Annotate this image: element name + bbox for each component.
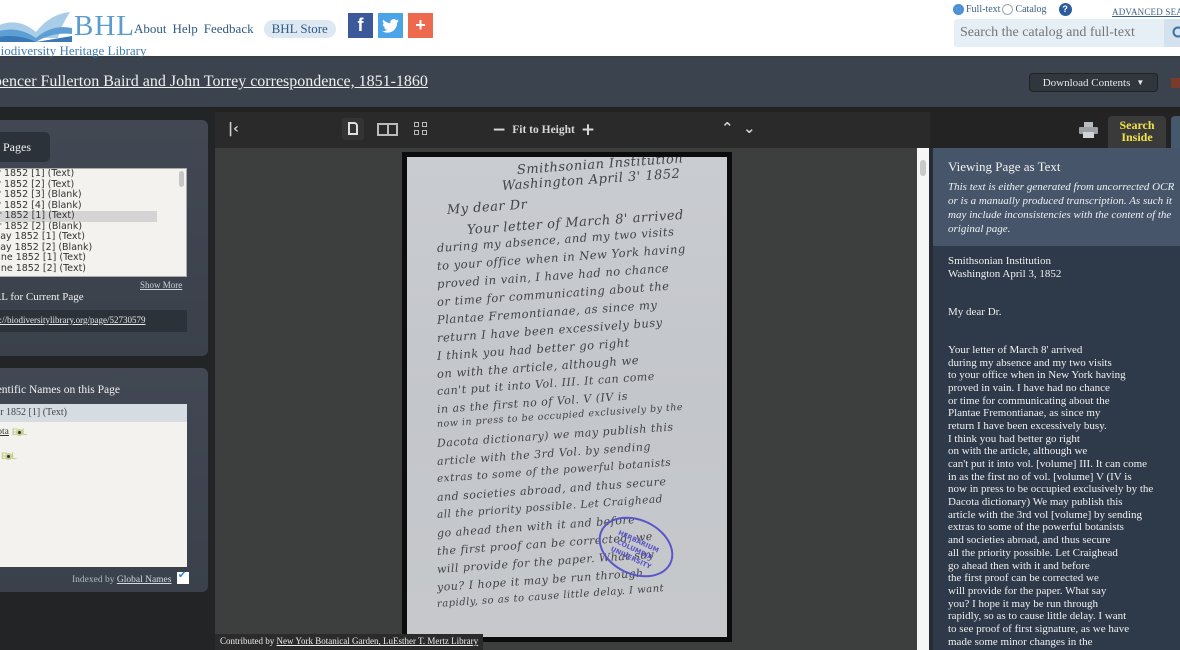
facebook-icon[interactable]: f bbox=[348, 13, 373, 38]
pages-scrollbar[interactable] bbox=[179, 171, 184, 187]
share-plus-icon[interactable]: + bbox=[408, 13, 433, 38]
text-line: will provide for the paper. What say bbox=[948, 585, 1153, 598]
text-line bbox=[948, 293, 1153, 306]
text-panel-header: Viewing Page as Text This text is either… bbox=[933, 148, 1180, 246]
text-line: in as the first no of vol. [volume] V (I… bbox=[948, 471, 1153, 484]
disclaimer-line: This text is either generated from uncor… bbox=[948, 180, 1180, 194]
nav-about[interactable]: About bbox=[134, 21, 167, 37]
thumbnail-grid-icon[interactable] bbox=[414, 122, 428, 136]
pages-list[interactable]: Mar 1852 [1] (Text) Mar 1852 [2] (Text) … bbox=[0, 168, 187, 277]
eol-icon[interactable]: EL bbox=[12, 426, 27, 438]
download-label: Download Contents bbox=[1043, 77, 1131, 89]
ocr-disclaimer: This text is either generated from uncor… bbox=[948, 180, 1180, 236]
nav-help[interactable]: Help bbox=[173, 21, 198, 37]
show-more-link[interactable]: Show More bbox=[140, 280, 182, 290]
text-line: article with the 3rd vol [volume] by sen… bbox=[948, 509, 1153, 522]
name-row: Plantae bbox=[0, 438, 187, 450]
text-line: go ahead then with it and before bbox=[948, 560, 1153, 573]
page-list-item[interactable]: June 1852 [1] (Text) bbox=[0, 253, 186, 264]
tab-search-inside[interactable]: Search Inside bbox=[1108, 116, 1166, 148]
previous-page-icon[interactable]: ⌃ bbox=[721, 119, 734, 137]
tab-edge[interactable] bbox=[1171, 116, 1180, 148]
names-list: Apr 1852 [1] (Text) Dacota EL Plantae Fr… bbox=[0, 404, 187, 567]
zoom-level: Fit to Height bbox=[512, 124, 575, 136]
logo-text: BHL bbox=[74, 10, 135, 43]
text-line: the first proof can be corrected we bbox=[948, 572, 1153, 585]
text-line: Washington April 3, 1852 bbox=[948, 268, 1153, 281]
logo-subtitle: Biodiversity Heritage Library bbox=[0, 43, 147, 59]
search-button[interactable] bbox=[1164, 19, 1180, 47]
names-page-header: Apr 1852 [1] (Text) bbox=[0, 404, 187, 422]
twitter-icon[interactable] bbox=[378, 13, 403, 38]
text-line: Plantae Fremontianae, as since my bbox=[948, 407, 1153, 420]
download-contents-button[interactable]: Download Contents ▼ bbox=[1029, 73, 1158, 92]
page-list-item[interactable]: May 1852 [1] (Text) bbox=[0, 232, 186, 243]
zoom-controls: − Fit to Height + bbox=[492, 120, 595, 140]
indexed-by-label: Indexed by bbox=[72, 575, 114, 585]
page-list-item[interactable]: Mar 1852 [3] (Blank) bbox=[0, 190, 186, 201]
text-line bbox=[948, 331, 1153, 344]
title-bar: Spencer Fullerton Baird and John Torrey … bbox=[0, 58, 1180, 108]
indexed-by: Indexed by Global Names bbox=[72, 572, 189, 585]
text-panel-title: Viewing Page as Text bbox=[948, 159, 1180, 175]
name-link[interactable]: Dacota bbox=[0, 426, 9, 438]
viewer-scrollbar[interactable] bbox=[917, 148, 929, 650]
text-line: on with the article, although we bbox=[948, 445, 1153, 458]
page-list-item[interactable]: Mar 1852 [1] (Text) bbox=[0, 169, 186, 180]
radio-fulltext[interactable] bbox=[953, 4, 964, 15]
url-label: URL for Current Page bbox=[0, 291, 84, 303]
text-line: Dacota dictionary) We may publish this bbox=[948, 496, 1153, 509]
page-list-item-selected[interactable]: Apr 1852 [1] (Text) bbox=[0, 211, 157, 222]
text-line: Smithsonian Institution bbox=[948, 255, 1153, 268]
book-logo-icon bbox=[0, 8, 72, 42]
names-title: Scientific Names on this Page bbox=[0, 384, 120, 396]
text-line: My dear Dr. bbox=[948, 306, 1153, 319]
text-line: now in press to be occupied exclusively … bbox=[948, 483, 1153, 496]
contributed-by-label: Contributed by bbox=[220, 636, 274, 646]
names-page-label: Apr 1852 [1] (Text) bbox=[0, 407, 67, 418]
left-sidebar: Pages Mar 1852 [1] (Text) Mar 1852 [2] (… bbox=[0, 108, 215, 650]
radio-catalog[interactable] bbox=[1002, 4, 1013, 15]
text-line: or time for communicating about the bbox=[948, 395, 1153, 408]
radio-fulltext-label: Full-text bbox=[966, 4, 1000, 15]
viewer-scroll-thumb[interactable] bbox=[920, 160, 926, 176]
two-page-view-icon[interactable] bbox=[377, 123, 398, 136]
site-header: BHL Biodiversity Heritage Library About … bbox=[0, 0, 1180, 58]
transcription-text: Smithsonian Institution Washington April… bbox=[948, 255, 1153, 648]
current-page-url[interactable]: https://biodiversitylibrary.org/page/527… bbox=[0, 310, 187, 332]
search-inside-label: Search Inside bbox=[1117, 119, 1157, 143]
search-icon bbox=[1172, 26, 1180, 40]
eol-icon[interactable]: EL bbox=[1, 450, 16, 462]
zoom-in-icon[interactable]: + bbox=[581, 120, 595, 140]
text-line: return I have been excessively busy. bbox=[948, 420, 1153, 433]
first-page-icon[interactable]: |‹ bbox=[228, 121, 239, 137]
advanced-search-link[interactable]: ADVANCED SEARCH bbox=[1112, 7, 1180, 17]
text-line: Your letter of March 8' arrived bbox=[948, 344, 1153, 357]
bhl-logo[interactable]: BHL Biodiversity Heritage Library bbox=[0, 4, 130, 56]
page-list-item[interactable]: June 1852 [2] (Text) bbox=[0, 264, 186, 275]
text-line: during my absence and my two visits bbox=[948, 357, 1153, 370]
tab-pages-label: Pages bbox=[3, 140, 31, 154]
text-line: to see proof of first signature, as we h… bbox=[948, 623, 1153, 636]
tab-pages[interactable]: Pages bbox=[0, 132, 50, 162]
nav-feedback[interactable]: Feedback bbox=[204, 21, 254, 37]
viewer-toolbar: |‹ − Fit to Height + ⌃ ⌄ bbox=[215, 112, 930, 148]
ocr-text-panel: Viewing Page as Text This text is either… bbox=[929, 148, 1180, 650]
text-line bbox=[948, 318, 1153, 331]
handwritten-line: My dear Dr bbox=[446, 197, 527, 218]
scientific-names-panel: Scientific Names on this Page Apr 1852 [… bbox=[0, 368, 208, 592]
letter-scan: Smithsonian Institution Washington April… bbox=[407, 157, 727, 637]
zoom-out-icon[interactable]: − bbox=[492, 120, 506, 140]
toolbar-extra-icon[interactable] bbox=[1171, 78, 1180, 88]
single-page-view-icon[interactable] bbox=[342, 118, 364, 140]
search-input[interactable] bbox=[954, 19, 1164, 47]
text-line: proved in vain. I have had no chance bbox=[948, 382, 1153, 395]
text-line: made some minor changes in the bbox=[948, 636, 1153, 649]
disclaimer-line: may include inconsistencies with the con… bbox=[948, 208, 1180, 222]
text-line bbox=[948, 280, 1153, 293]
pages-panel: Pages Mar 1852 [1] (Text) Mar 1852 [2] (… bbox=[0, 120, 208, 356]
social-links: f + bbox=[348, 13, 433, 38]
text-line: can't put it into vol. [volume] III. It … bbox=[948, 458, 1153, 471]
text-line: I think you had better go right bbox=[948, 433, 1153, 446]
nav-bhl-store[interactable]: BHL Store bbox=[264, 20, 336, 38]
next-page-icon[interactable]: ⌄ bbox=[743, 119, 756, 137]
page-viewer[interactable]: Smithsonian Institution Washington April… bbox=[215, 148, 917, 650]
contributed-by: Contributed by New York Botanical Garden… bbox=[215, 634, 483, 650]
search-area: Full-text Catalog ? ADVANCED SEARCH bbox=[953, 2, 1180, 16]
global-names-icon bbox=[177, 572, 189, 584]
text-line: you? I hope it may be run through bbox=[948, 598, 1153, 611]
print-icon[interactable] bbox=[1079, 122, 1098, 138]
global-names-link[interactable]: Global Names bbox=[117, 575, 172, 585]
text-line: extras to some of the powerful botanists bbox=[948, 521, 1153, 534]
chevron-down-icon: ▼ bbox=[1136, 78, 1144, 87]
book-title-link[interactable]: Spencer Fullerton Baird and John Torrey … bbox=[0, 73, 428, 91]
disclaimer-line: original page. bbox=[948, 222, 1180, 236]
text-line: to your office when in New York having bbox=[948, 369, 1153, 382]
text-line: rapidly, so as to cause little delay. I … bbox=[948, 610, 1153, 623]
radio-catalog-label: Catalog bbox=[1015, 4, 1046, 15]
text-line: all the priority possible. Let Craighead bbox=[948, 547, 1153, 560]
contributor-link[interactable]: New York Botanical Garden, LuEsther T. M… bbox=[277, 636, 479, 646]
text-line: and societies abroad, and thus secure bbox=[948, 534, 1153, 547]
help-question-icon[interactable]: ? bbox=[1059, 3, 1072, 16]
name-row: Fremontianae EL bbox=[0, 450, 187, 462]
page-image: Smithsonian Institution Washington April… bbox=[402, 152, 732, 642]
disclaimer-line: or is a manually produced transcription.… bbox=[948, 194, 1180, 208]
top-nav: About Help Feedback BHL Store bbox=[134, 20, 336, 38]
name-row: Dacota EL bbox=[0, 426, 187, 438]
